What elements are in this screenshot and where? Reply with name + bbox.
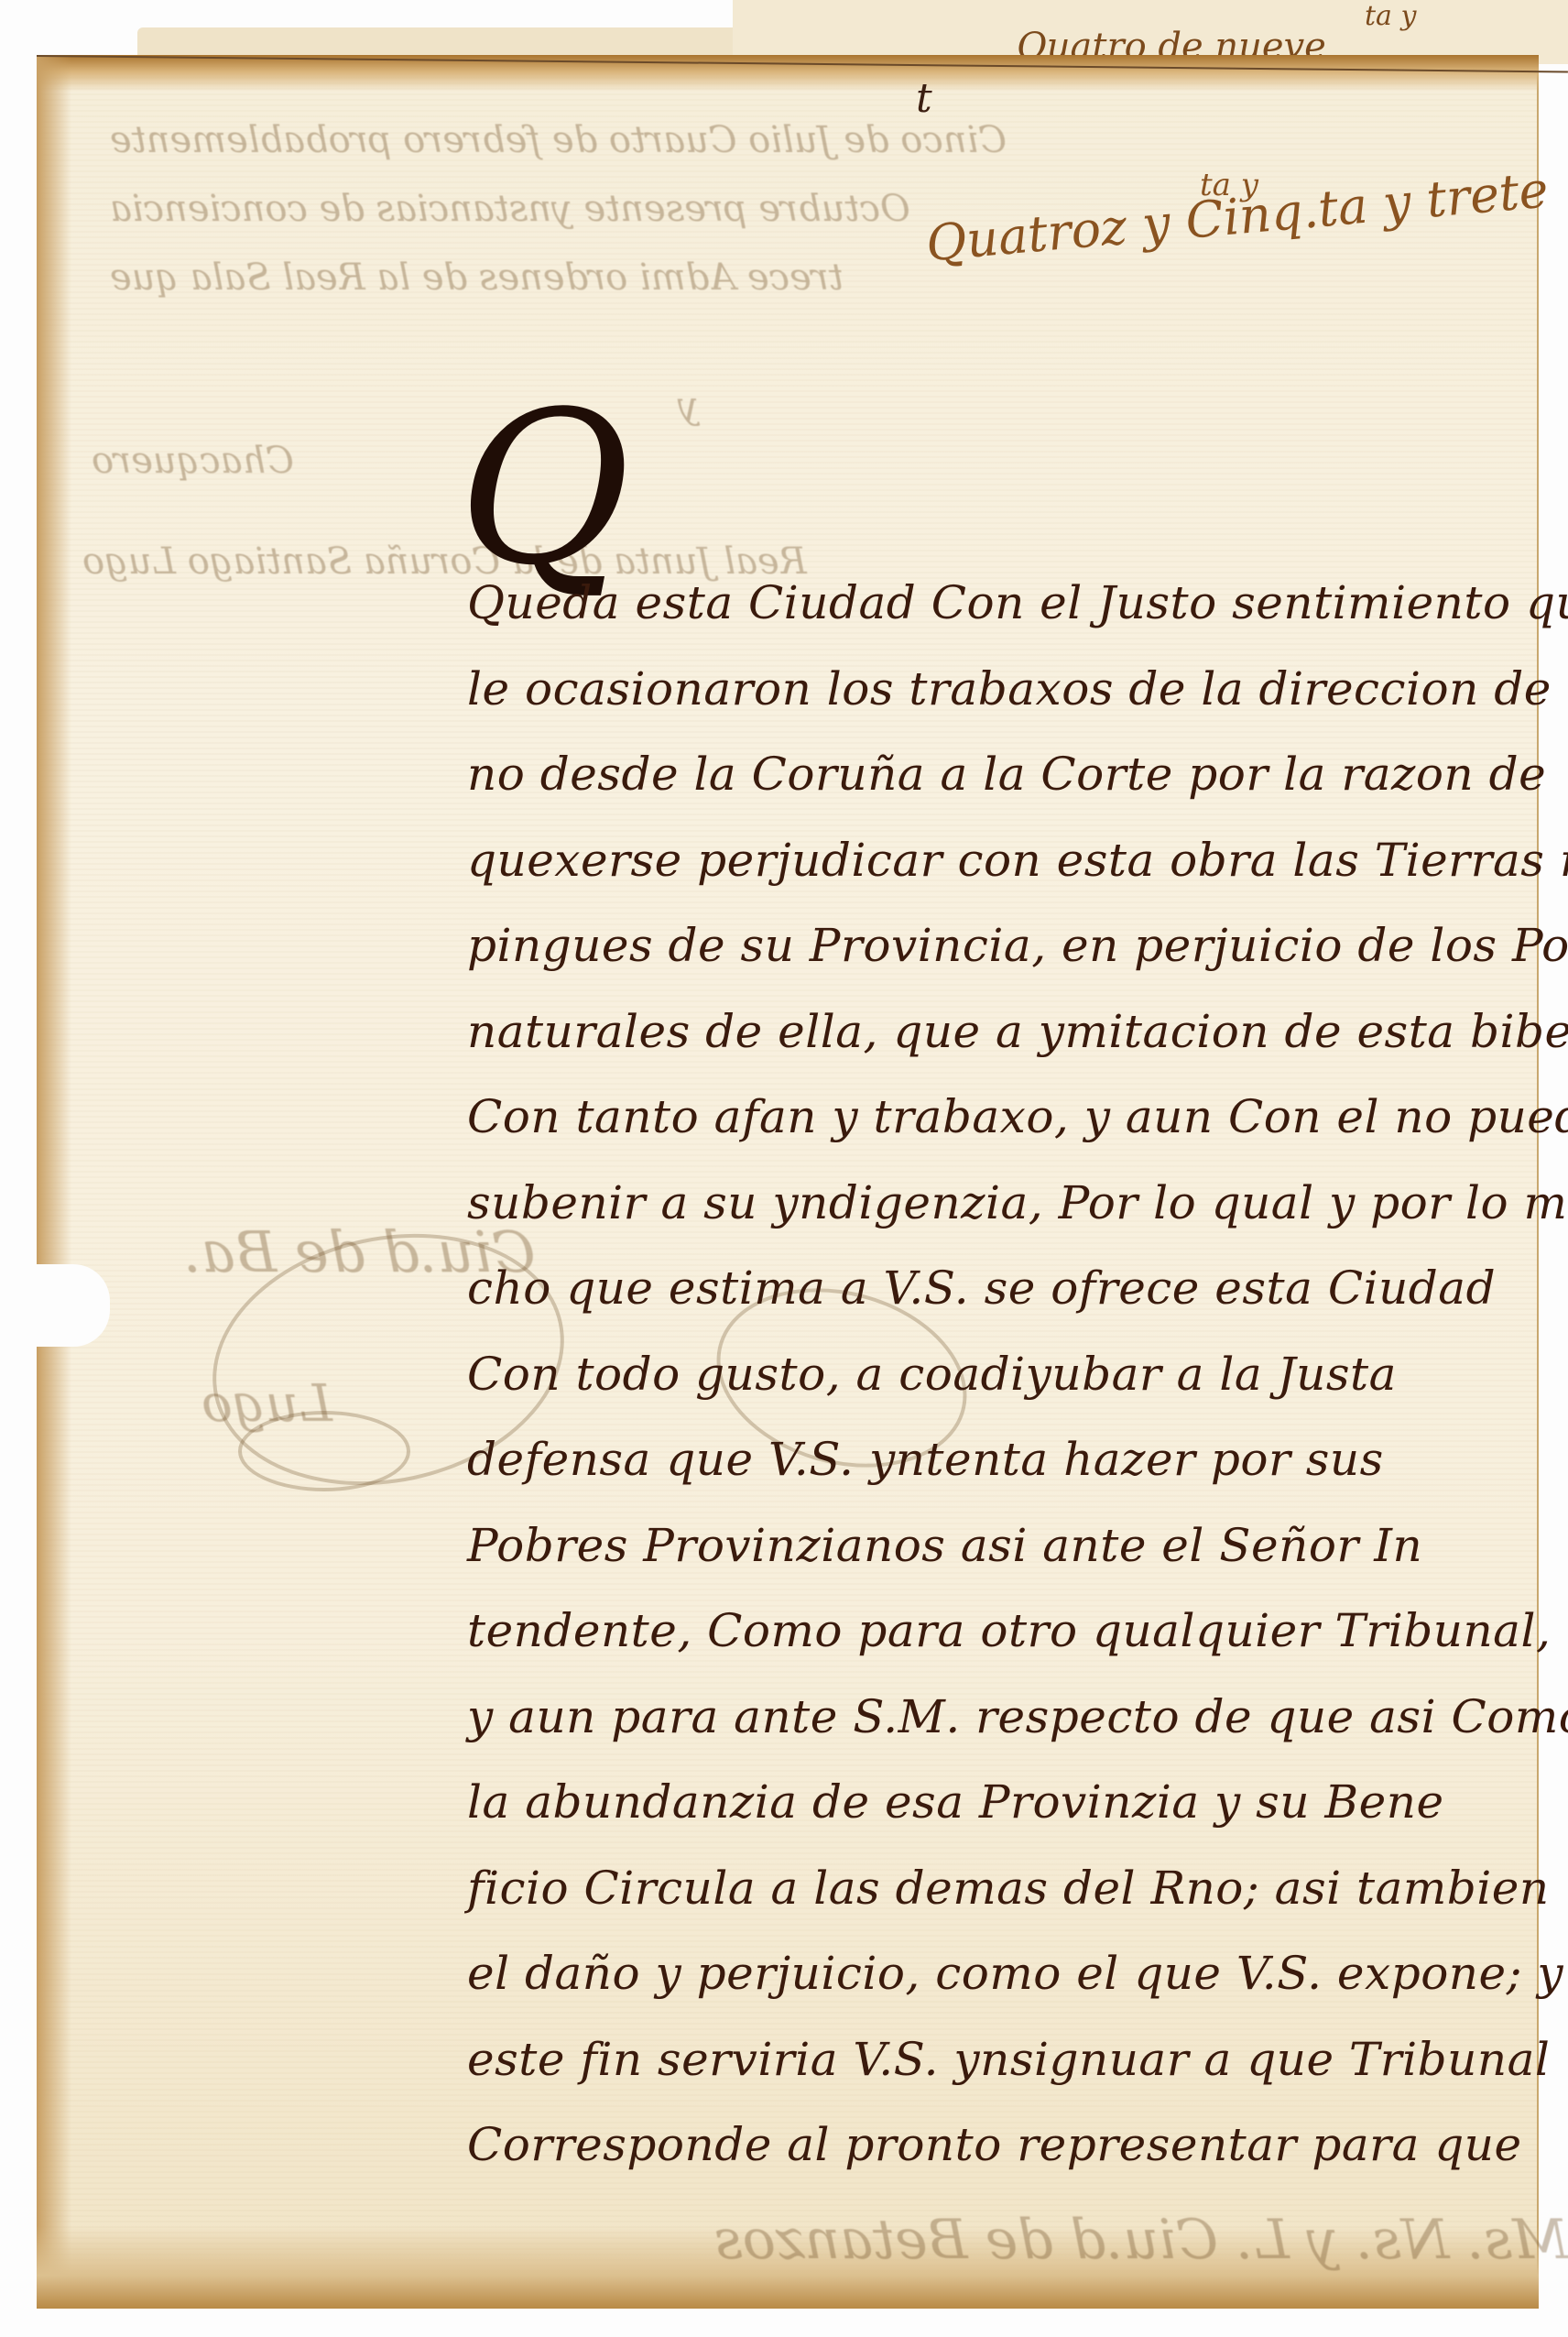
text-line: subenir a su yndigenzia, Por lo qual y p… bbox=[467, 1161, 1539, 1247]
text-line: defensa que V.S. yntenta hazer por sus bbox=[467, 1417, 1539, 1503]
top-clipped-superscript: ta y bbox=[1365, 0, 1416, 32]
text-line: tendente, Como para otro qualquier Tribu… bbox=[467, 1589, 1539, 1675]
text-line: no desde la Coruña a la Corte por la raz… bbox=[467, 732, 1539, 818]
manuscript-body: Queda esta Ciudad Con el Justo sentimien… bbox=[467, 561, 1539, 2189]
text-line: quexerse perjudicar con esta obra las Ti… bbox=[467, 818, 1539, 904]
bleed-through-signature: Ms. Ns. y L. Ciu.d de Betanzos bbox=[714, 2208, 1568, 2272]
bleed-through-line: Chacquero bbox=[92, 440, 294, 482]
bleed-through-line: trece Admi ordenes de la Real Sala que bbox=[110, 257, 844, 299]
text-line: Con tanto afan y trabaxo, y aun Con el n… bbox=[467, 1075, 1539, 1161]
text-line: Pobres Provinzianos asi ante el Señor In bbox=[467, 1503, 1539, 1589]
text-line: le ocasionaron los trabaxos de la direcc… bbox=[467, 647, 1539, 733]
text-line: Queda esta Ciudad Con el Justo sentimien… bbox=[467, 561, 1539, 647]
left-tear bbox=[0, 1264, 110, 1347]
text-line: y aun para ante S.M. respecto de que asi… bbox=[467, 1675, 1539, 1761]
folio-mark: t bbox=[916, 75, 932, 122]
text-line: el daño y perjuicio, como el que V.S. ex… bbox=[467, 1931, 1539, 2017]
text-line: la abundanzia de esa Provinzia y su Bene bbox=[467, 1760, 1539, 1846]
bleed-through-line: Octubre presente ynstancias de concienci… bbox=[110, 188, 910, 230]
stained-left-edge bbox=[37, 55, 71, 2309]
text-line: Corresponde al pronto representar para q… bbox=[467, 2102, 1539, 2189]
bleed-through-line: y bbox=[678, 385, 699, 427]
text-line: Con todo gusto, a coadiyubar a la Justa bbox=[467, 1332, 1539, 1418]
burnt-top-edge bbox=[37, 55, 1539, 92]
text-line: ficio Circula a las demas del Rno; asi t… bbox=[467, 1846, 1539, 1932]
rubric-flourish bbox=[238, 1411, 410, 1491]
text-line: este fin serviria V.S. ynsignuar a que T… bbox=[467, 2017, 1539, 2103]
bleed-through-line: Cinco de Julio Cuarto de febrero probabl… bbox=[110, 119, 1007, 161]
text-line: cho que estima a V.S. se ofrece esta Ciu… bbox=[467, 1246, 1539, 1332]
text-line: naturales de ella, que a ymitacion de es… bbox=[467, 989, 1539, 1076]
text-line: pingues de su Provincia, en perjuicio de… bbox=[467, 903, 1539, 989]
